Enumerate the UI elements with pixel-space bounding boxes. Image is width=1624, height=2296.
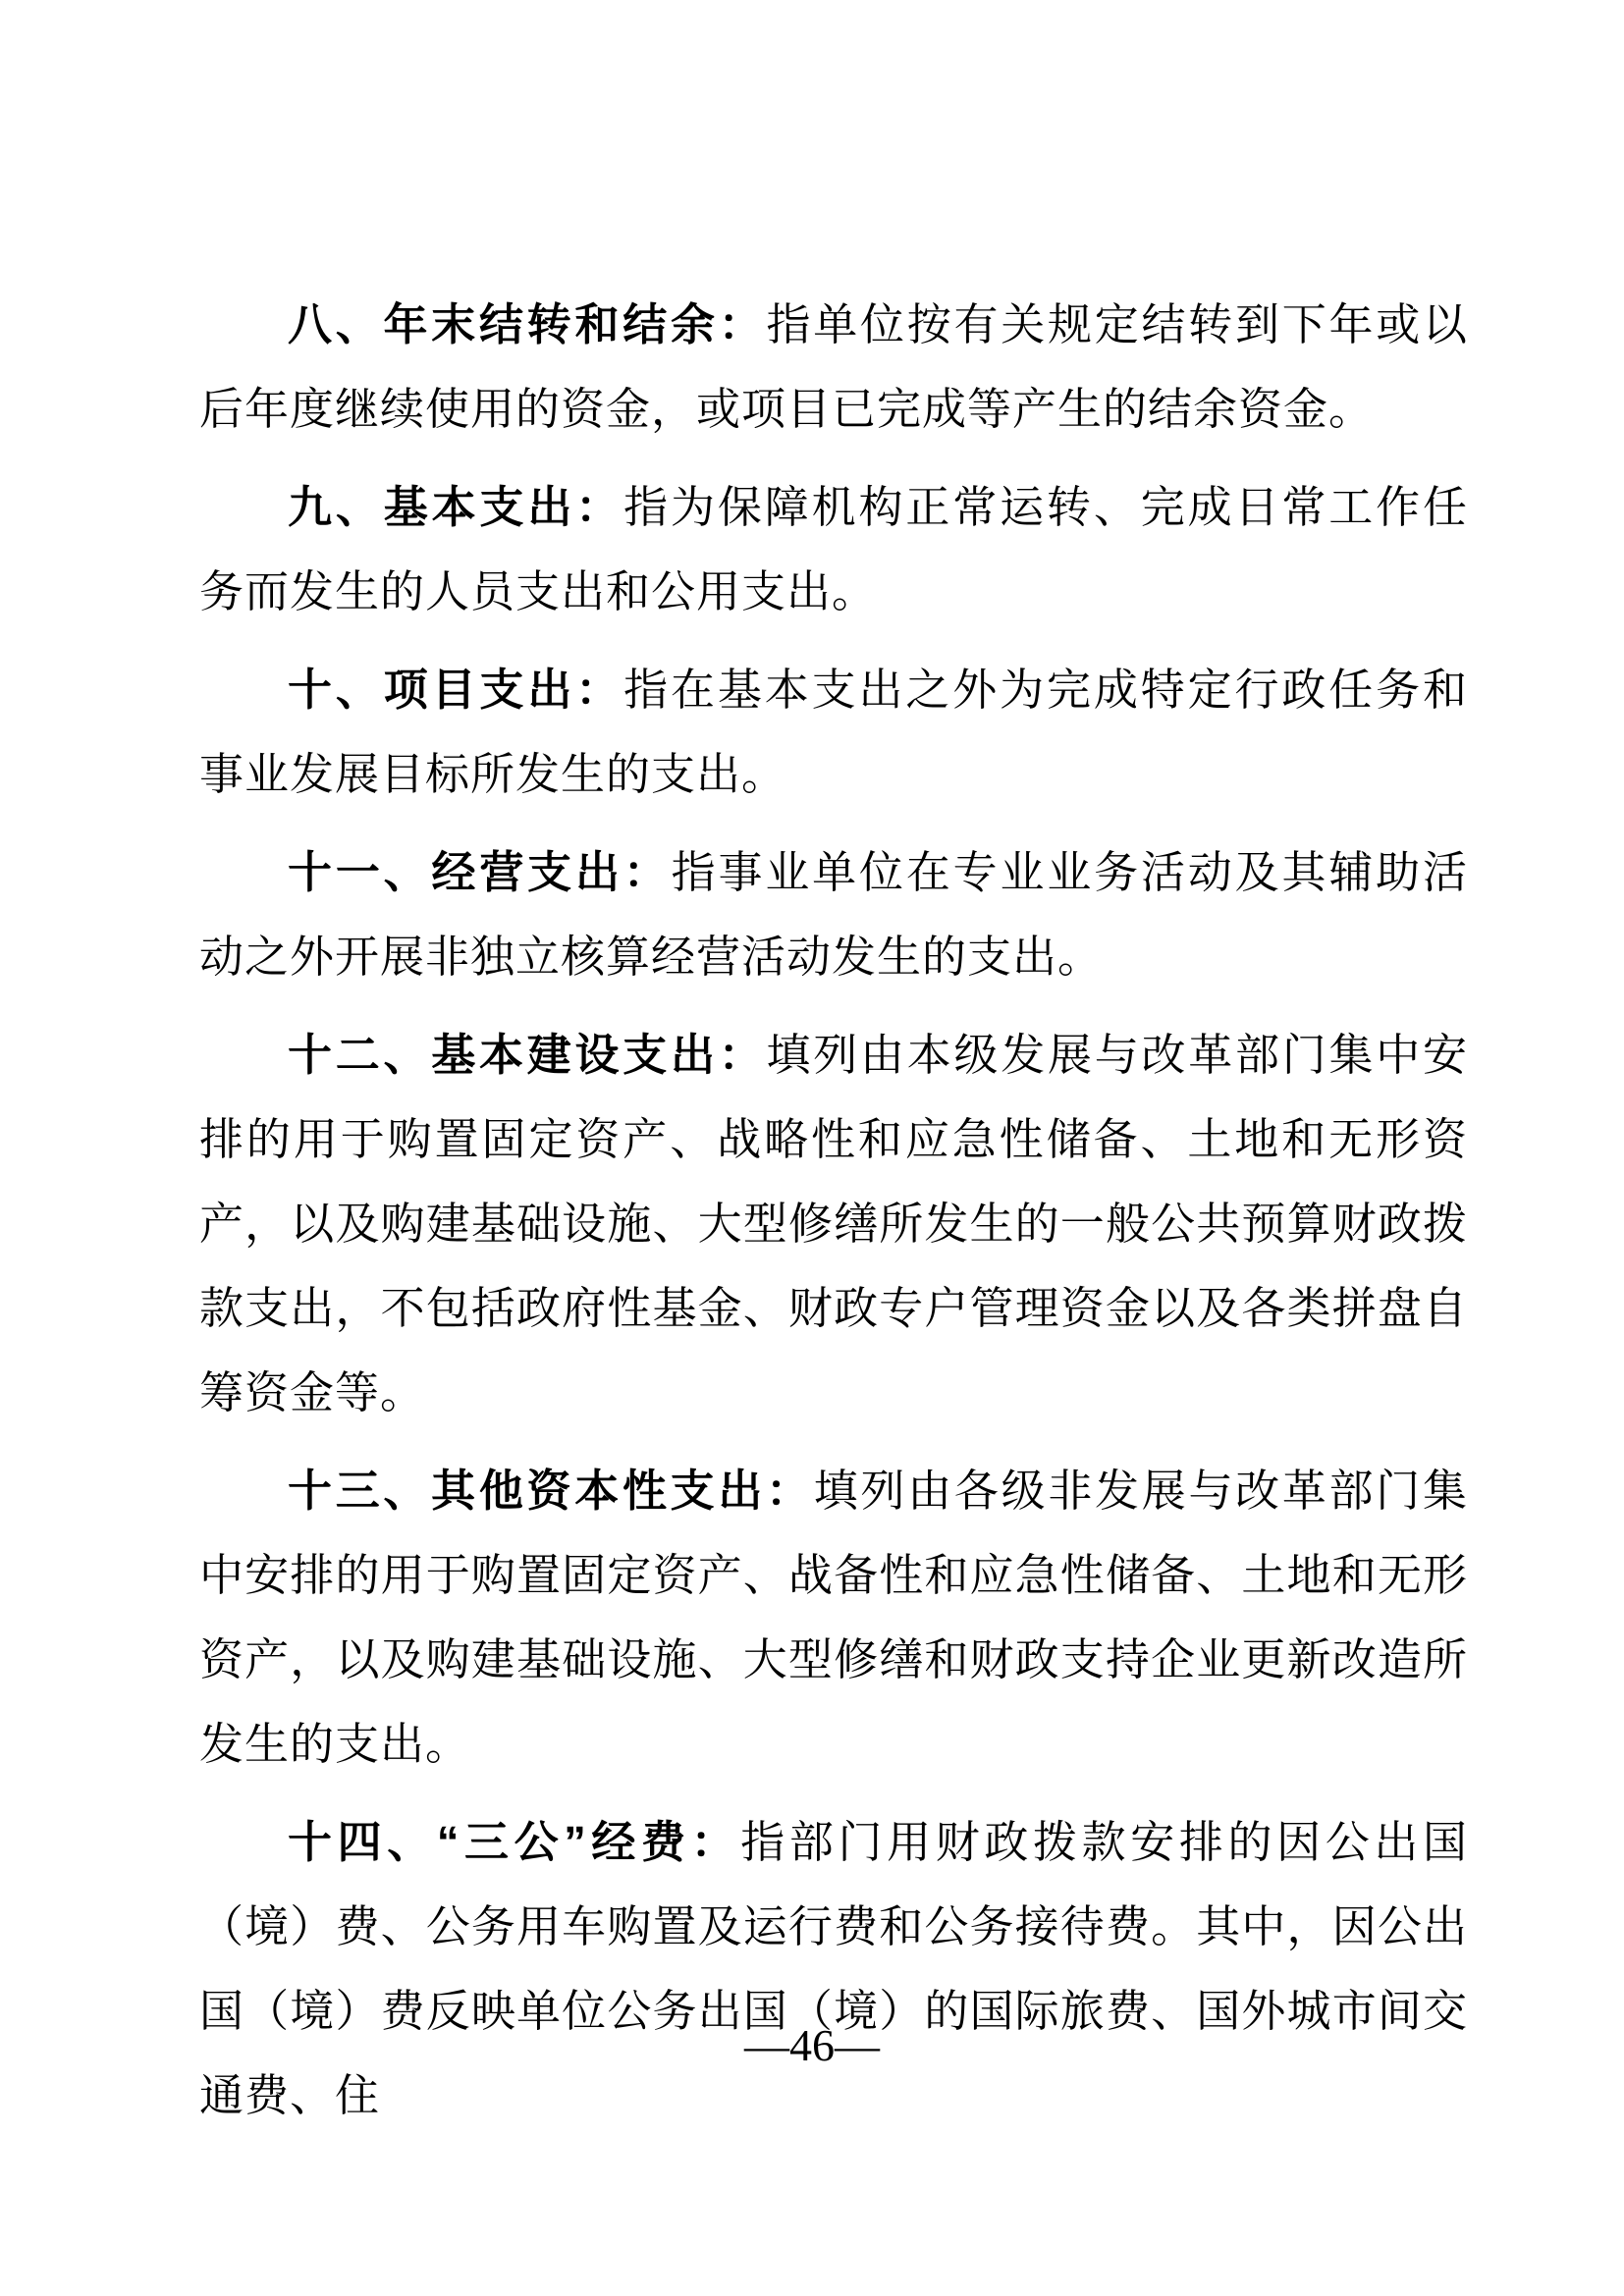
- term-label: 十四、“三公”经费：: [288, 1817, 740, 1867]
- definition-paragraph: 十、项目支出：指在基本支出之外为完成特定行政任务和事业发展目标所发生的支出。: [199, 648, 1468, 817]
- term-label: 八、年末结转和结余：: [288, 299, 767, 349]
- page-number: —46—: [0, 2020, 1624, 2071]
- term-label: 十、项目支出：: [288, 665, 623, 715]
- document-page: 八、年末结转和结余：指单位按有关规定结转到下年或以后年度继续使用的资金，或项目已…: [0, 0, 1624, 2296]
- term-label: 十一、经营支出：: [288, 847, 672, 897]
- definition-paragraph: 十二、基本建设支出：填列由本级发展与改革部门集中安排的用于购置固定资产、战略性和…: [199, 1013, 1468, 1435]
- definition-paragraph: 八、年末结转和结余：指单位按有关规定结转到下年或以后年度继续使用的资金，或项目已…: [199, 283, 1468, 452]
- definition-paragraph: 十一、经营支出：指事业单位在专业业务活动及其辅助活动之外开展非独立核算经营活动发…: [199, 830, 1468, 999]
- definition-paragraph: 九、基本支出：指为保障机构正常运转、完成日常工作任务而发生的人员支出和公用支出。: [199, 465, 1468, 634]
- term-label: 九、基本支出：: [288, 482, 623, 532]
- definition-text: 填列由本级发展与改革部门集中安排的用于购置固定资产、战略性和应急性储备、土地和无…: [199, 1031, 1468, 1417]
- term-label: 十二、基本建设支出：: [288, 1030, 767, 1080]
- definition-paragraph: 十三、其他资本性支出：填列由各级非发展与改革部门集中安排的用于购置固定资产、战备…: [199, 1449, 1468, 1787]
- page-body-text: 八、年末结转和结余：指单位按有关规定结转到下年或以后年度继续使用的资金，或项目已…: [199, 283, 1468, 2152]
- definition-paragraph: 十四、“三公”经费：指部门用财政拨款安排的因公出国（境）费、公务用车购置及运行费…: [199, 1800, 1468, 2138]
- term-label: 十三、其他资本性支出：: [288, 1466, 814, 1516]
